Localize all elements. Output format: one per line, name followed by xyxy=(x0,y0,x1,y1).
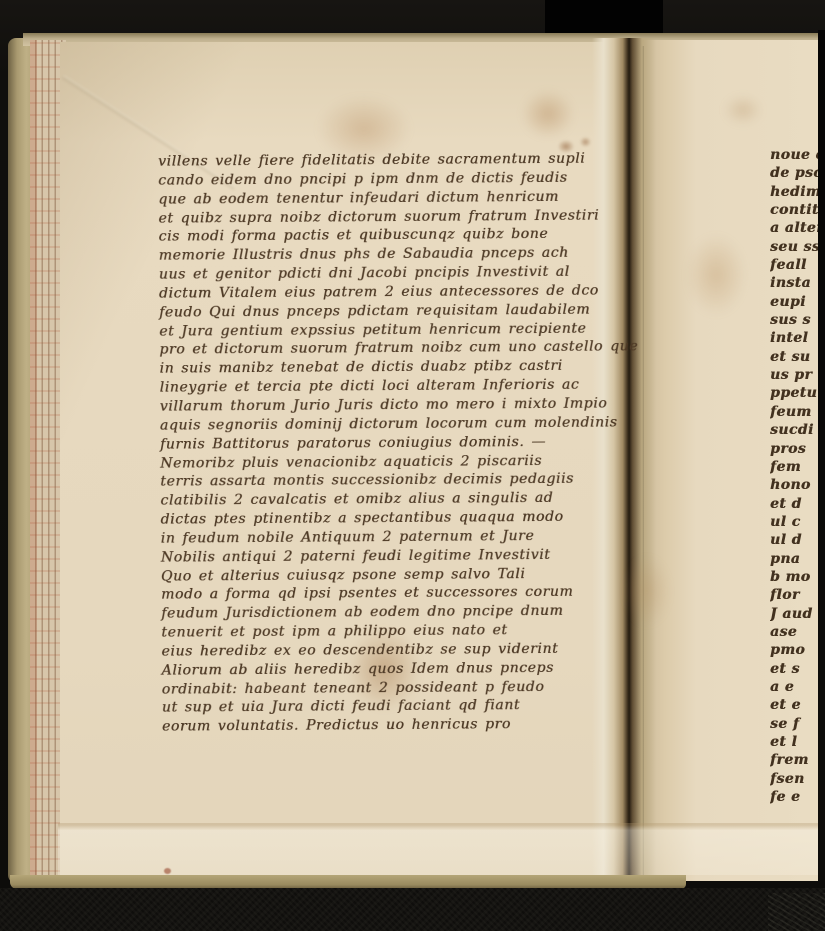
manuscript-text-line: sus s xyxy=(770,311,825,329)
manuscript-text-line: seu ss xyxy=(770,238,825,256)
manuscript-text-line: a alter xyxy=(770,219,825,237)
manuscript-text-line: fsen xyxy=(770,770,825,788)
manuscript-text-line: et s xyxy=(770,660,825,678)
manuscript-text-line: fe e xyxy=(770,788,825,806)
manuscript-text-line: a e xyxy=(770,678,825,696)
manuscript-text-line: et su xyxy=(770,348,825,366)
manuscript-text-line: pmo xyxy=(770,641,825,659)
right-page-text: noue etde psohedimcontitua alterseu ssfe… xyxy=(770,146,825,811)
manuscript-text-line: ul c xyxy=(770,513,825,531)
cover-leather-bottom xyxy=(0,888,825,931)
spine-top-shadow xyxy=(545,0,663,37)
parchment-bottom-band xyxy=(58,823,818,875)
leather-texture-speckle xyxy=(768,893,825,931)
manuscript-text-line: hedim xyxy=(770,183,825,201)
manuscript-text-line: hono xyxy=(770,476,825,494)
manuscript-text-line: ase xyxy=(770,623,825,641)
parchment-stain xyxy=(580,137,591,147)
manuscript-text-line: pna xyxy=(770,550,825,568)
manuscript-text-line: se f xyxy=(770,715,825,733)
manuscript-photo: villens velle fiere fidelitatis debite s… xyxy=(0,0,825,931)
manuscript-text-line: et e xyxy=(770,696,825,714)
manuscript-text-line: noue et xyxy=(770,146,825,164)
parchment-stain xyxy=(724,95,762,125)
manuscript-text-line: feum xyxy=(770,403,825,421)
manuscript-text-line: ppetu xyxy=(770,384,825,402)
parchment-stain xyxy=(522,90,574,138)
manuscript-text-line: b mo xyxy=(770,568,825,586)
manuscript-text-line: J aud xyxy=(770,605,825,623)
manuscript-text-line: ul d xyxy=(770,531,825,549)
manuscript-text-line: pros xyxy=(770,440,825,458)
manuscript-text-line: insta xyxy=(770,274,825,292)
manuscript-text-line: sucdi xyxy=(770,421,825,439)
left-page-text: villens velle fiere fidelitatis debite s… xyxy=(158,149,642,736)
manuscript-text-line: contitu xyxy=(770,201,825,219)
manuscript-text-line: et d xyxy=(770,495,825,513)
manuscript-text-line: us pr xyxy=(770,366,825,384)
parchment-stain xyxy=(164,868,171,874)
manuscript-text-line: et l xyxy=(770,733,825,751)
manuscript-text-line: eorum voluntatis. Predictus uo henricus … xyxy=(162,715,642,737)
manuscript-text-line: feall xyxy=(770,256,825,274)
manuscript-text-line: de pso xyxy=(770,164,825,182)
parchment-stain xyxy=(686,235,746,315)
manuscript-text-line: eupi xyxy=(770,293,825,311)
manuscript-text-line: intel xyxy=(770,329,825,347)
manuscript-text-line: fem xyxy=(770,458,825,476)
manuscript-text-line: frem xyxy=(770,751,825,769)
manuscript-text-line: flor xyxy=(770,586,825,604)
image-right-edge-shadow xyxy=(818,30,825,840)
book-cover-bottom-edge xyxy=(10,875,686,889)
